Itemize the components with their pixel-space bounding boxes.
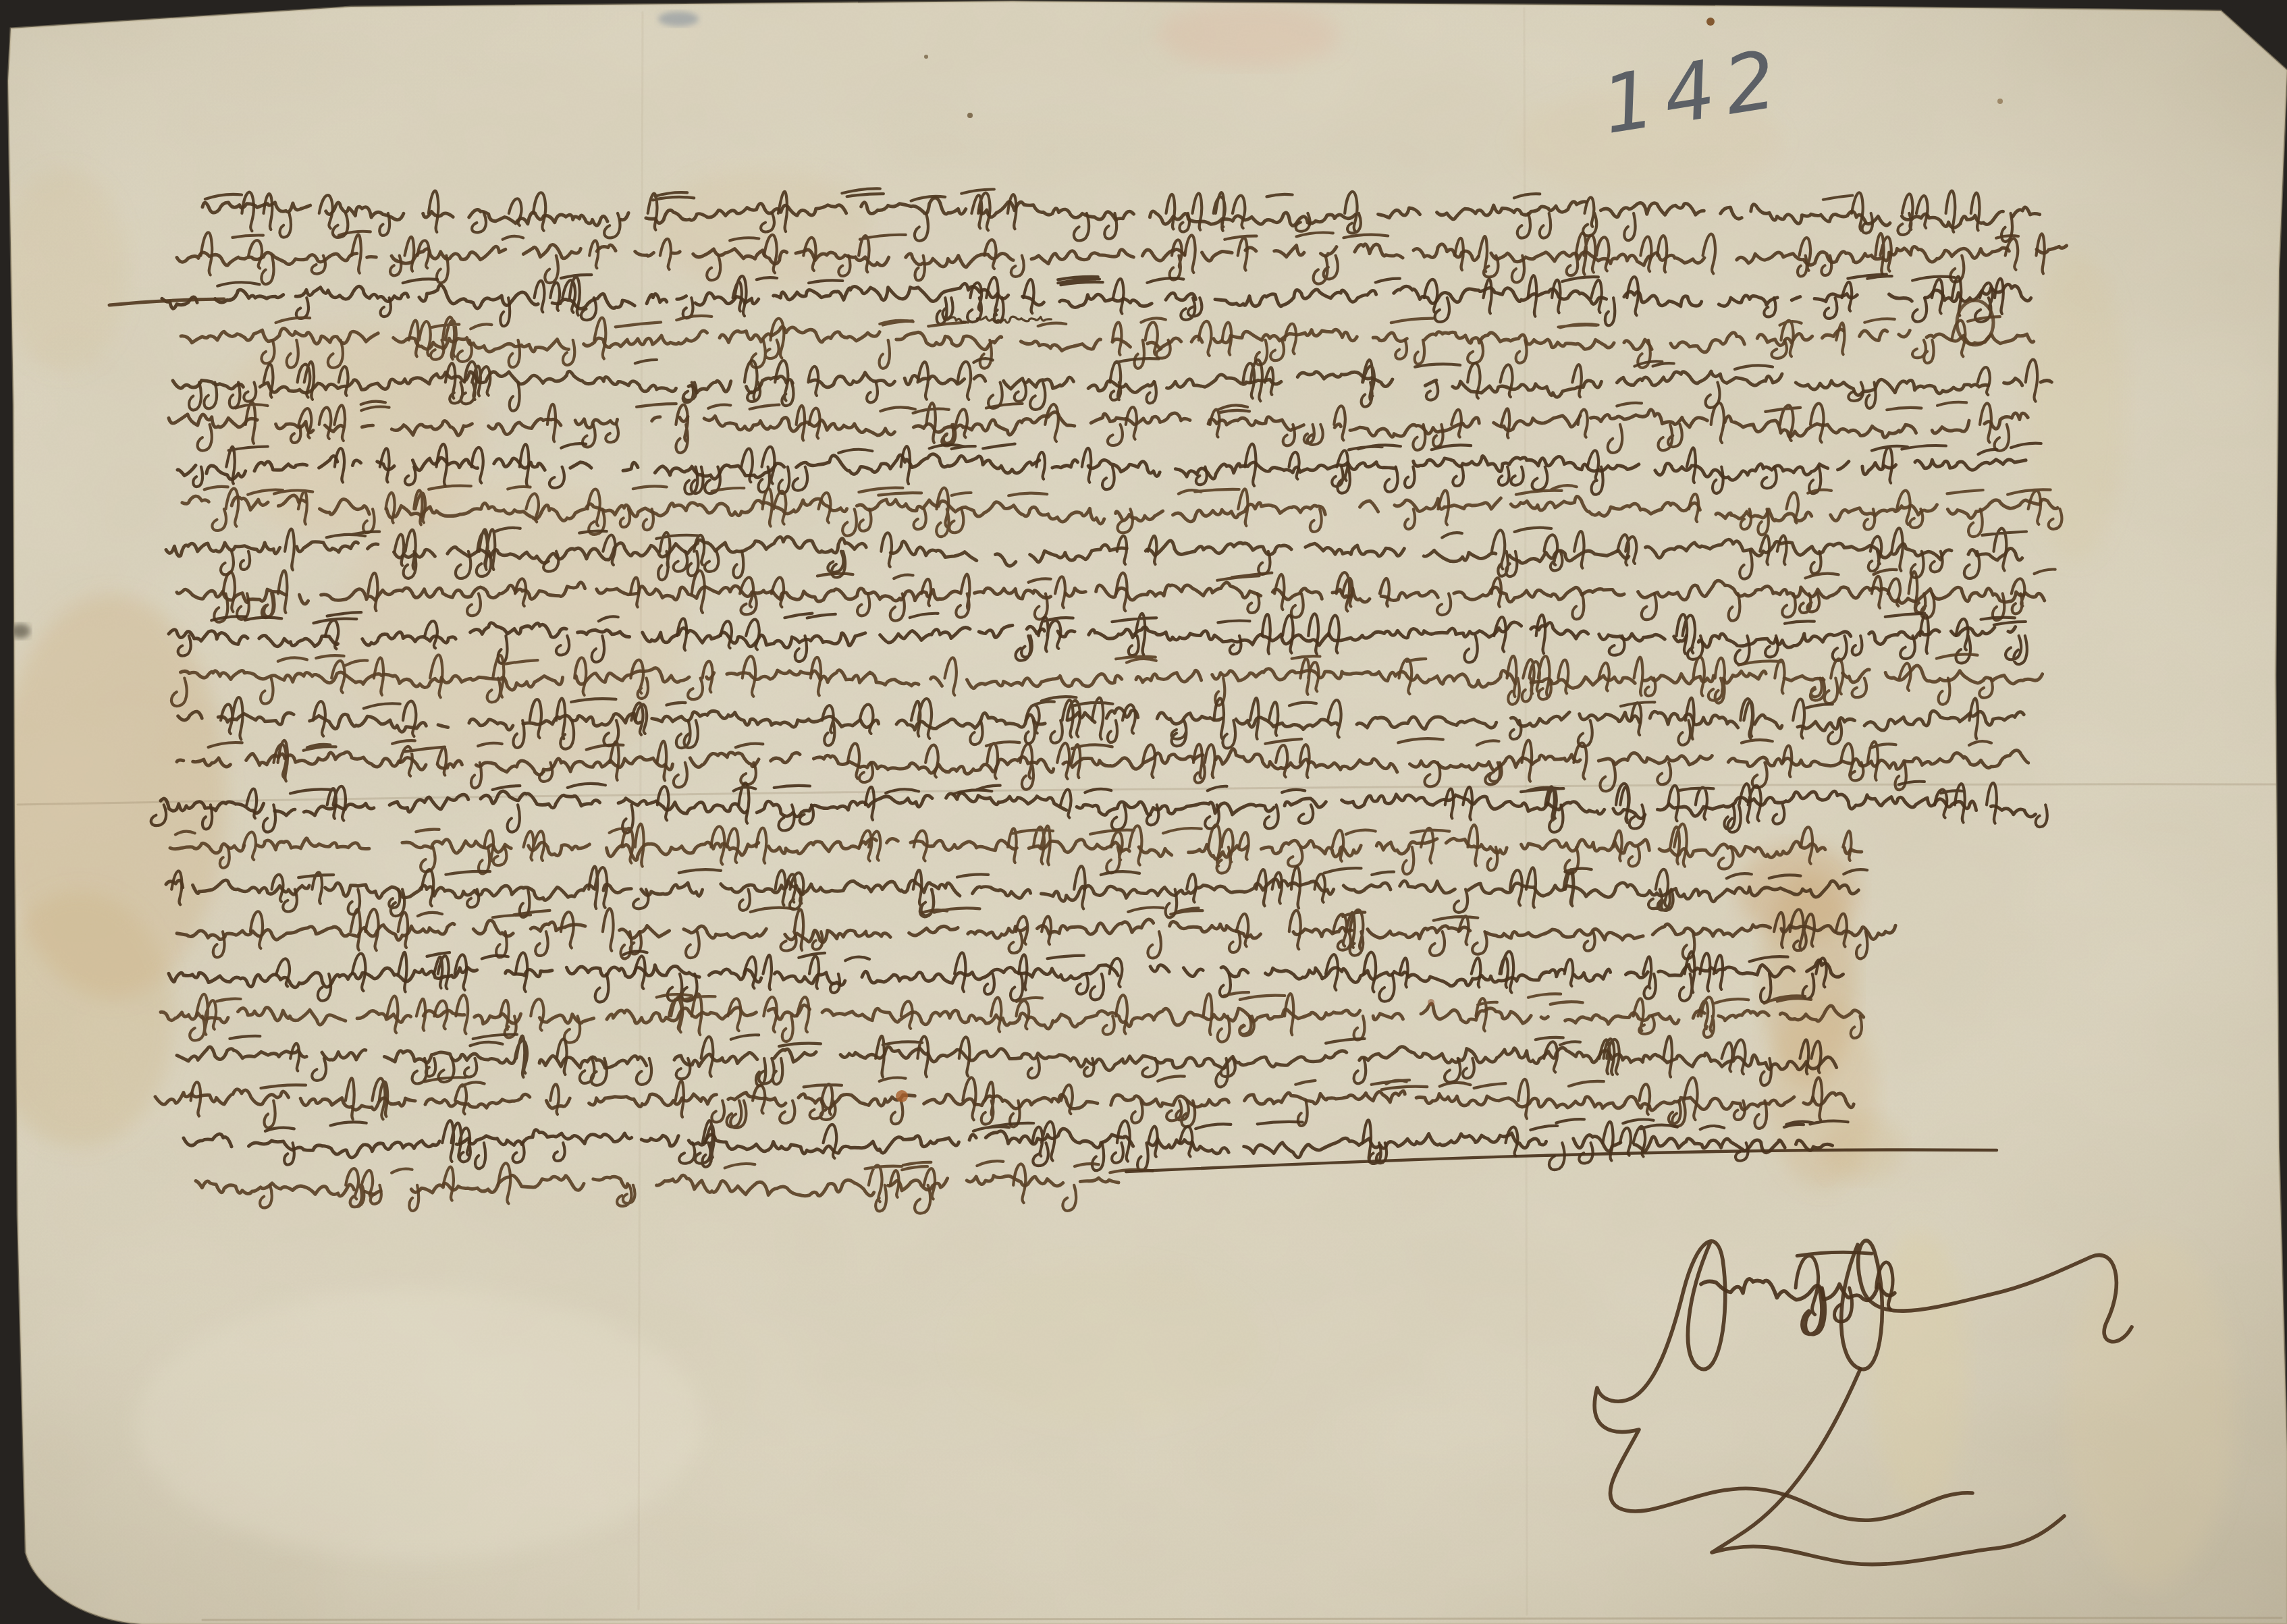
- ink-speck: [967, 113, 973, 118]
- stain: [135, 1289, 702, 1559]
- ink-speck: [1428, 999, 1434, 1006]
- ink-speck: [924, 55, 928, 59]
- stain: [0, 169, 128, 371]
- manuscript-photo: 142: [0, 0, 2287, 1624]
- stain: [658, 11, 699, 26]
- stain: [952, 1262, 1262, 1424]
- stain: [1823, 1114, 1904, 1181]
- ink-speck: [896, 1090, 908, 1102]
- stain: [2066, 1235, 2234, 1586]
- stain: [1873, 1228, 1968, 1512]
- stain: [1158, 3, 1340, 67]
- ink-speck: [1706, 18, 1715, 26]
- ink-speck: [1997, 99, 2003, 104]
